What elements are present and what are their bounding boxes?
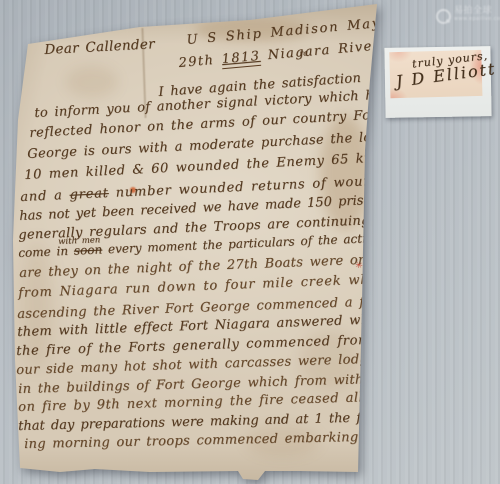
magnifier-logo-icon xyxy=(436,9,451,24)
watermark-title: 易拍全球 xyxy=(454,7,500,16)
paper-stain xyxy=(66,66,118,98)
interlinear-insertion: ra xyxy=(299,48,308,58)
struck-word: great xyxy=(69,186,109,203)
watermark-domain: www.epailive.com xyxy=(454,17,500,22)
auction-photo-of-letter: ✳ Dear Callender U S Ship Madison May 29… xyxy=(0,0,500,484)
salutation: Dear Callender xyxy=(44,36,155,58)
line-segment: come in xyxy=(18,244,74,260)
struck-word: soon xyxy=(74,242,103,257)
heading-date-post: Niagara River xyxy=(260,38,381,63)
watermark: 易拍全球 www.epailive.com xyxy=(436,7,500,24)
underlined-year: 1813 xyxy=(221,49,261,69)
heading-date-pre: 29th xyxy=(178,52,222,71)
signature-card: truly yours, J D Elliott xyxy=(384,46,491,118)
line-segment: and a xyxy=(20,188,70,205)
clipped-signature-paper: truly yours, J D Elliott xyxy=(389,50,482,98)
watermark-text-block: 易拍全球 www.epailive.com xyxy=(454,7,500,22)
